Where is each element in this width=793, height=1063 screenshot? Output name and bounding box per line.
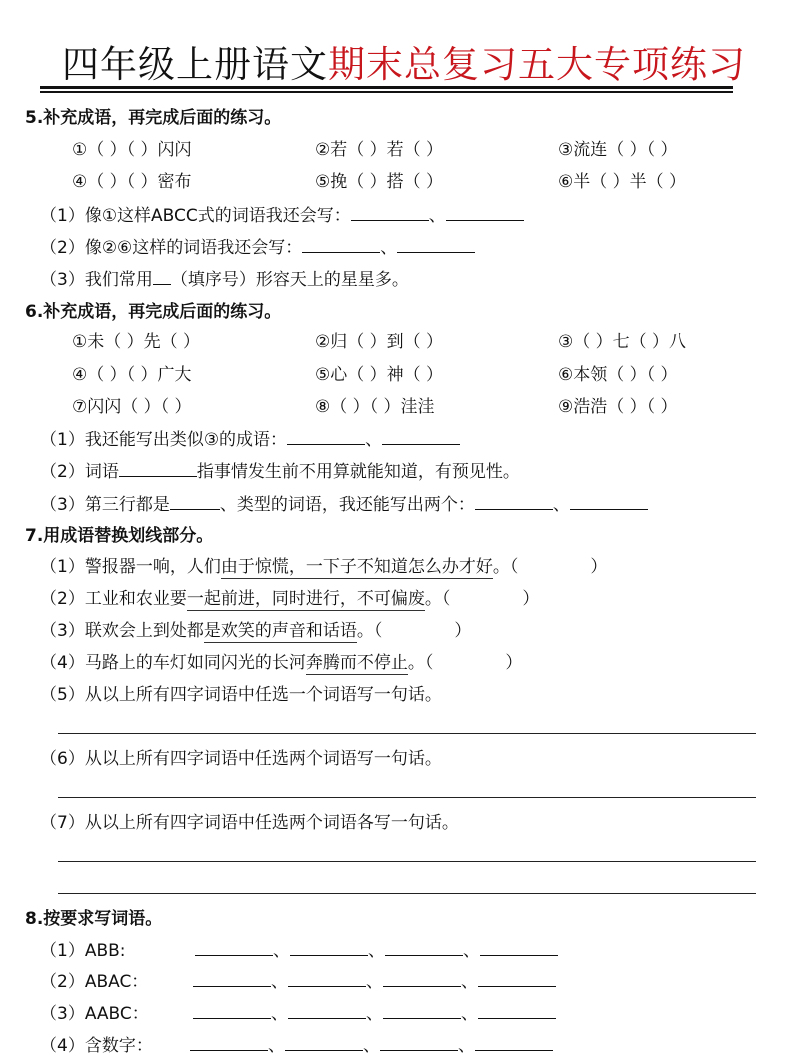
separator: 、: [363, 1036, 380, 1056]
section5-heading: 5.补充成语，再完成后面的练习。: [25, 103, 281, 128]
section6-heading: 6.补充成语，再完成后面的练习。: [25, 297, 281, 322]
answer-blank[interactable]: [285, 1036, 363, 1051]
answer-blank[interactable]: [570, 495, 648, 510]
answer-blank[interactable]: [478, 972, 556, 987]
question-text-suffix: 指事情发生前不用算就能知道，有预见性。: [197, 462, 520, 482]
writing-line[interactable]: [58, 861, 756, 862]
section7-question-1: （1）警报器一响，人们由于惊慌，一下子不知道怎么办才好。（）: [40, 552, 607, 577]
answer-blank[interactable]: [397, 238, 475, 253]
separator: 、: [366, 972, 383, 992]
section5-item-2: ②若（ ）若（ ）: [315, 135, 443, 160]
answer-open-paren: 。（: [357, 621, 383, 641]
section6-item-6: ⑥本领（ ）（ ）: [558, 360, 678, 385]
section5-item-4: ④（ ）（ ）密布: [72, 167, 192, 192]
title-black-part: 四年级上册语文: [62, 43, 328, 86]
separator: 、: [368, 941, 385, 961]
answer-blank[interactable]: [351, 206, 429, 221]
answer-blank[interactable]: [290, 941, 368, 956]
answer-blank[interactable]: [119, 462, 197, 477]
separator: 、: [461, 972, 478, 992]
separator: 、: [458, 1036, 475, 1056]
answer-blank[interactable]: [288, 972, 366, 987]
section7-heading: 7.用成语替换划线部分。: [25, 521, 213, 546]
question-number: （5）: [40, 685, 85, 705]
writing-line[interactable]: [58, 797, 756, 798]
row-label: （3）AABC：: [40, 999, 193, 1024]
question-number: （2）: [40, 589, 85, 609]
answer-blank[interactable]: [170, 495, 220, 510]
question-text: 从以上所有四字词语中任选一个词语写一句话。: [85, 685, 442, 705]
section6-item-8: ⑧（ ）（ ）洼洼: [315, 392, 435, 417]
section6-question-3: （3）第三行都是、类型的词语，我还能写出两个：、: [40, 490, 648, 515]
section6-item-3: ③（ ）七（ ）八: [558, 327, 686, 352]
section7-question-2: （2）工业和农业要一起前进，同时进行，不可偏废。（）: [40, 584, 539, 609]
separator: 、: [268, 1036, 285, 1056]
section6-item-9: ⑨浩浩（ ）（ ）: [558, 392, 678, 417]
answer-blank[interactable]: [380, 1036, 458, 1051]
answer-blank[interactable]: [383, 972, 461, 987]
answer-close-paren: ）: [590, 557, 607, 577]
section5-question-2: （2）像②⑥这样的词语我还会写：、: [40, 233, 475, 258]
row-label: （1）ABB:: [40, 936, 195, 961]
section6-item-7: ⑦闪闪（ ）（ ）: [72, 392, 192, 417]
separator: 、: [271, 972, 288, 992]
section7-question-3: （3）联欢会上到处都是欢笑的声音和话语。（）: [40, 616, 471, 641]
question-text: 从以上所有四字词语中任选两个词语写一句话。: [85, 749, 442, 769]
question-text: （2）词语: [40, 462, 119, 482]
title-red-part: 期末总复习五大专项练习: [328, 43, 746, 86]
section6-item-5: ⑤心（ ）神（ ）: [315, 360, 443, 385]
section7-question-4: （4）马路上的车灯如同闪光的长河奔腾而不停止。（）: [40, 648, 522, 673]
title-rule-thin: [40, 91, 733, 93]
separator: 、: [273, 941, 290, 961]
answer-blank[interactable]: [446, 206, 524, 221]
underlined-phrase: 奔腾而不停止: [306, 653, 408, 675]
answer-blank[interactable]: [478, 1004, 556, 1019]
answer-blank[interactable]: [382, 430, 460, 445]
section5-item-3: ③流连（ ）（ ）: [558, 135, 678, 160]
answer-open-paren: 。（: [493, 557, 519, 577]
section7-question-6: （6）从以上所有四字词语中任选两个词语写一句话。: [40, 744, 442, 769]
underlined-phrase: 由于惊慌，一下子不知道怎么办才好: [221, 557, 493, 579]
answer-blank[interactable]: [475, 1036, 553, 1051]
separator: 、: [380, 238, 397, 258]
answer-open-paren: 。（: [408, 653, 434, 673]
answer-close-paren: ）: [454, 621, 471, 641]
section6-item-1: ①未（ ）先（ ）: [72, 327, 200, 352]
question-text-suffix: （填序号）形容天上的星星多。: [171, 270, 409, 290]
answer-open-paren: 。（: [425, 589, 451, 609]
question-number: （7）: [40, 813, 85, 833]
row-label: （2）ABAC：: [40, 967, 193, 992]
separator: 、: [429, 206, 446, 226]
section6-item-4: ④（ ）（ ）广大: [72, 360, 192, 385]
answer-blank[interactable]: [193, 1004, 271, 1019]
separator: 、: [365, 430, 382, 450]
separator: 、: [461, 1004, 478, 1024]
question-number: （3）: [40, 621, 85, 641]
section8-row-1: （1）ABB:、、、: [40, 936, 558, 961]
question-text: （3）我们常用: [40, 270, 153, 290]
section6-question-2: （2）词语指事情发生前不用算就能知道，有预见性。: [40, 457, 520, 482]
underlined-phrase: 是欢笑的声音和话语: [204, 621, 357, 643]
answer-blank[interactable]: [383, 1004, 461, 1019]
question-text: （1）我还能写出类似③的成语：: [40, 430, 287, 450]
section5-item-5: ⑤挽（ ）搭（ ）: [315, 167, 443, 192]
section8-row-2: （2）ABAC：、、、: [40, 967, 556, 992]
question-text: 警报器一响，人们: [85, 557, 221, 577]
question-text: （2）像②⑥这样的词语我还会写：: [40, 238, 302, 258]
question-text: （3）第三行都是: [40, 495, 170, 515]
title-rule-thick: [40, 86, 733, 89]
section5-question-3: （3）我们常用（填序号）形容天上的星星多。: [40, 265, 409, 290]
section6-item-2: ②归（ ）到（ ）: [315, 327, 443, 352]
section5-item-1: ①（ ）（ ）闪闪: [72, 135, 192, 160]
worksheet-title: 四年级上册语文期末总复习五大专项练习: [62, 42, 746, 88]
question-number: （6）: [40, 749, 85, 769]
section7-question-5: （5）从以上所有四字词语中任选一个词语写一句话。: [40, 680, 442, 705]
answer-blank[interactable]: [153, 270, 171, 285]
answer-close-paren: ）: [505, 653, 522, 673]
section8-row-4: （4）含数字：、、、: [40, 1031, 553, 1056]
separator: 、: [463, 941, 480, 961]
question-text: 工业和农业要: [85, 589, 187, 609]
question-number: （1）: [40, 557, 85, 577]
section5-question-1: （1）像①这样ABCC式的词语我还会写：、: [40, 201, 524, 226]
answer-blank[interactable]: [190, 1036, 268, 1051]
writing-line[interactable]: [58, 893, 756, 894]
section8-row-3: （3）AABC：、、、: [40, 999, 556, 1024]
question-text-middle: 、类型的词语，我还能写出两个：: [220, 495, 475, 515]
section8-heading: 8.按要求写词语。: [25, 904, 162, 929]
answer-blank[interactable]: [287, 430, 365, 445]
separator: 、: [366, 1004, 383, 1024]
answer-blank[interactable]: [195, 941, 273, 956]
question-number: （4）: [40, 653, 85, 673]
answer-blank[interactable]: [385, 941, 463, 956]
underlined-phrase: 一起前进，同时进行，不可偏废: [187, 589, 425, 611]
answer-blank[interactable]: [475, 495, 553, 510]
question-text: 联欢会上到处都: [85, 621, 204, 641]
question-text: 从以上所有四字词语中任选两个词语各写一句话。: [85, 813, 459, 833]
answer-blank[interactable]: [288, 1004, 366, 1019]
section7-question-7: （7）从以上所有四字词语中任选两个词语各写一句话。: [40, 808, 459, 833]
separator: 、: [553, 495, 570, 515]
section6-question-1: （1）我还能写出类似③的成语：、: [40, 425, 460, 450]
answer-blank[interactable]: [302, 238, 380, 253]
answer-blank[interactable]: [193, 972, 271, 987]
question-text: （1）像①这样ABCC式的词语我还会写：: [40, 206, 351, 226]
section5-item-6: ⑥半（ ）半（ ）: [558, 167, 686, 192]
row-label: （4）含数字：: [40, 1031, 190, 1056]
separator: 、: [271, 1004, 288, 1024]
answer-blank[interactable]: [480, 941, 558, 956]
answer-close-paren: ）: [522, 589, 539, 609]
question-text: 马路上的车灯如同闪光的长河: [85, 653, 306, 673]
writing-line[interactable]: [58, 733, 756, 734]
